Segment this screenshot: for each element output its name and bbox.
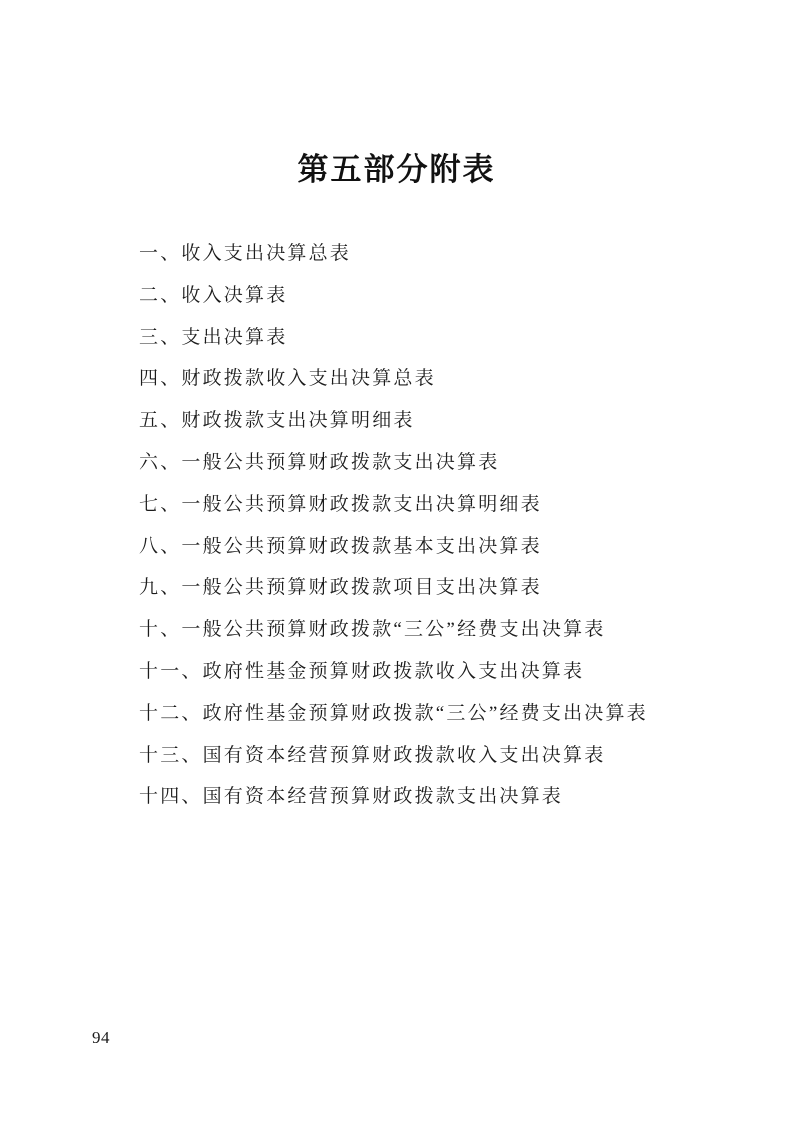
- toc-item: 四、财政拨款收入支出决算总表: [139, 358, 743, 400]
- page-title: 第五部分附表: [0, 144, 793, 189]
- toc-item: 八、一般公共预算财政拨款基本支出决算表: [139, 526, 743, 568]
- toc-item: 十、一般公共预算财政拨款“三公”经费支出决算表: [139, 609, 743, 651]
- toc-list: 一、收入支出决算总表 二、收入决算表 三、支出决算表 四、财政拨款收入支出决算总…: [139, 233, 743, 818]
- toc-item: 二、收入决算表: [139, 275, 743, 317]
- toc-item: 三、支出决算表: [139, 317, 743, 359]
- toc-item: 七、一般公共预算财政拨款支出决算明细表: [139, 484, 743, 526]
- toc-item: 十三、国有资本经营预算财政拨款收入支出决算表: [139, 735, 743, 777]
- toc-item: 十一、政府性基金预算财政拨款收入支出决算表: [139, 651, 743, 693]
- toc-item: 九、一般公共预算财政拨款项目支出决算表: [139, 567, 743, 609]
- toc-item: 五、财政拨款支出决算明细表: [139, 400, 743, 442]
- page-number: 94: [92, 1028, 110, 1048]
- toc-item: 十四、国有资本经营预算财政拨款支出决算表: [139, 776, 743, 818]
- document-page: 第五部分附表 一、收入支出决算总表 二、收入决算表 三、支出决算表 四、财政拨款…: [0, 0, 793, 1122]
- toc-item: 一、收入支出决算总表: [139, 233, 743, 275]
- toc-item: 十二、政府性基金预算财政拨款“三公”经费支出决算表: [139, 693, 743, 735]
- toc-item: 六、一般公共预算财政拨款支出决算表: [139, 442, 743, 484]
